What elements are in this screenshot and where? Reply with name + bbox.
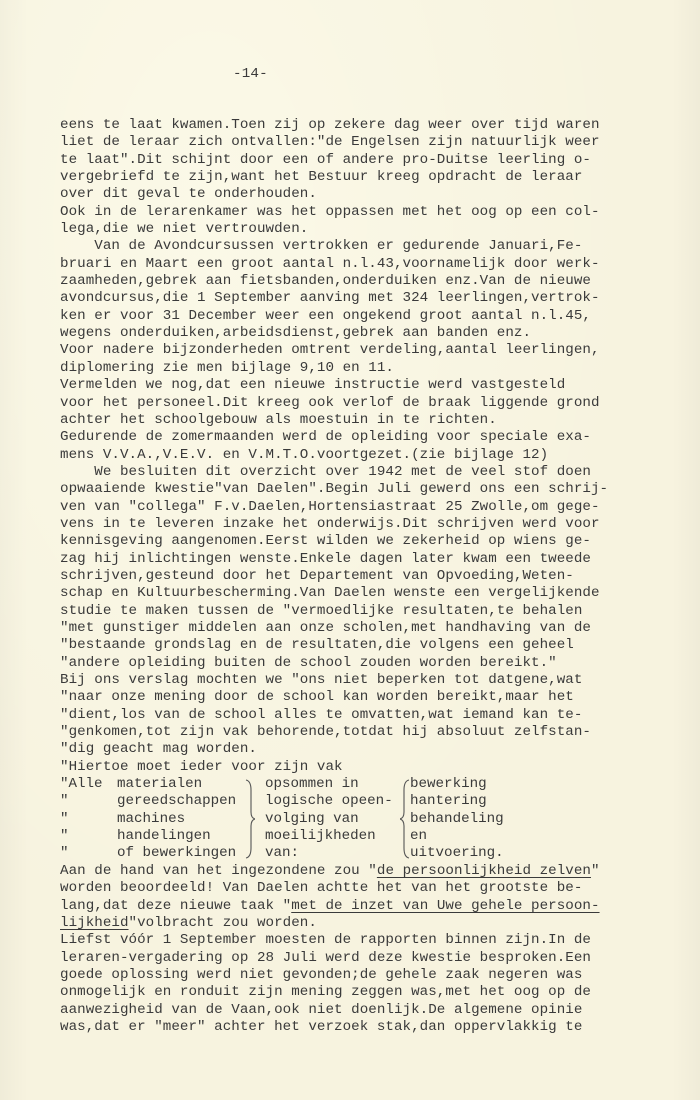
text-line: studie te maken tussen de "vermoedlijke … xyxy=(60,603,680,620)
text-line: wegens onderduiken,arbeidsdienst,gebrek … xyxy=(60,325,680,342)
list-item-action: moeilijkheden xyxy=(265,828,376,845)
text-line: worden beoordeeld! Van Daelen achtte het… xyxy=(60,880,680,897)
text-line: Gedurende de zomermaanden werd de opleid… xyxy=(60,429,680,446)
text-line: leraren-vergadering op 28 Juli werd deze… xyxy=(60,950,680,967)
list-item-action: opsommen in xyxy=(265,776,359,793)
list-quote-mark: "Alle xyxy=(60,776,103,793)
right-brace-icon xyxy=(245,778,255,860)
text-line: ven van "collega" F.v.Daelen,Hortensiast… xyxy=(60,499,680,516)
text-line: kennisgeving aangenomen.Eerst wilden we … xyxy=(60,533,680,550)
page-number: -14- xyxy=(233,66,268,82)
list-item-result: behandeling xyxy=(410,811,504,828)
text-line: Voor nadere bijzonderheden omtrent verde… xyxy=(60,342,680,359)
text-line: "dig geacht mag worden. xyxy=(60,741,680,758)
list-item-object: machines xyxy=(117,811,185,828)
list-quote-mark: " xyxy=(60,828,69,845)
underlined-phrase: met de inzet van Uwe gehele persoon- xyxy=(291,898,599,914)
text-line: vens in te leveren inzake het onderwijs.… xyxy=(60,516,680,533)
text-line: Vermelden we nog,dat een nieuwe instruct… xyxy=(60,377,680,394)
text-line: Liefst vóór 1 September moesten de rappo… xyxy=(60,932,680,949)
underlined-phrase: lijkheid xyxy=(60,915,129,931)
text-line: achter het schoolgebouw als moestuin in … xyxy=(60,412,680,429)
text-line: te laat".Dit schijnt door een of andere … xyxy=(60,152,680,169)
text-line: "genkomen,tot zijn vak behorende,totdat … xyxy=(60,724,680,741)
text-line: lang,dat deze nieuwe taak "met de inzet … xyxy=(60,898,680,915)
text-line: liet de leraar zich ontvallen:"de Engels… xyxy=(60,134,680,151)
text-line: Bij ons verslag mochten we "ons niet bep… xyxy=(60,672,680,689)
text-line: over dit geval te onderhouden. xyxy=(60,186,680,203)
text-line: diplomering zie men bijlage 9,10 en 11. xyxy=(60,360,680,377)
list-item-object: handelingen xyxy=(117,828,211,845)
list-item-result: uitvoering. xyxy=(410,845,504,862)
text-line: Aan de hand van het ingezondene zou "de … xyxy=(60,863,680,880)
paragraph-start-line: Van de Avondcursussen vertrokken er gedu… xyxy=(60,238,680,255)
text-line: schrijven,gesteund door het Departement … xyxy=(60,568,680,585)
text-line: opwaaiende kwestie"van Daelen".Begin Jul… xyxy=(60,481,680,498)
underlined-phrase: de persoonlijkheid zelven xyxy=(377,863,591,879)
text-line: ken er voor 31 December weer een ongeken… xyxy=(60,308,680,325)
list-quote-mark: " xyxy=(60,793,69,810)
list-item-object: gereedschappen xyxy=(117,793,236,810)
text-line: goede oplossing werd niet gevonden;de ge… xyxy=(60,967,680,984)
text-line: onmogelijk en ronduit zijn mening zeggen… xyxy=(60,984,680,1001)
text-line: "bestaande grondslag en de resultaten,di… xyxy=(60,637,680,654)
text-line: Ook in de lerarenkamer was het oppassen … xyxy=(60,204,680,221)
text-line: aanwezigheid van de Vaan,ook niet doenli… xyxy=(60,1002,680,1019)
bracketed-list: "Alle " " " " materialen gereedschappen … xyxy=(60,776,680,863)
list-item-action: van: xyxy=(265,845,299,862)
list-item-result: hantering xyxy=(410,793,487,810)
typewritten-page: -14- eens te laat kwamen.Toen zij op zek… xyxy=(0,0,700,1100)
text-line: zaamheden,gebrek aan fietsbanden,onderdu… xyxy=(60,273,680,290)
list-item-result: en xyxy=(410,828,427,845)
list-item-object: materialen xyxy=(117,776,202,793)
text-line: eens te laat kwamen.Toen zij op zekere d… xyxy=(60,117,680,134)
list-item-action: logische opeen- xyxy=(265,793,393,810)
text-line: "met gunstiger middelen aan onze scholen… xyxy=(60,620,680,637)
text-line: was,dat er "meer" achter het verzoek sta… xyxy=(60,1019,680,1036)
text-line: mens V.V.A.,V.E.V. en V.M.T.O.voortgezet… xyxy=(60,447,680,464)
text-line: voor het personeel.Dit kreeg ook verlof … xyxy=(60,395,680,412)
body-text: eens te laat kwamen.Toen zij op zekere d… xyxy=(60,117,680,1036)
list-item-result: bewerking xyxy=(410,776,487,793)
list-quote-mark: " xyxy=(60,811,69,828)
list-item-action: volging van xyxy=(265,811,359,828)
text-line: schap en Kultuurbescherming.Van Daelen w… xyxy=(60,585,680,602)
text-line: vergebriefd te zijn,want het Bestuur kre… xyxy=(60,169,680,186)
left-brace-icon xyxy=(400,778,410,860)
paragraph-start-line: We besluiten dit overzicht over 1942 met… xyxy=(60,464,680,481)
text-line: "naar onze mening door de school kan wor… xyxy=(60,689,680,706)
text-line: "andere opleiding buiten de school zoude… xyxy=(60,655,680,672)
text-line: bruari en Maart een groot aantal n.l.43,… xyxy=(60,256,680,273)
text-line: zag hij inlichtingen wenste.Enkele dagen… xyxy=(60,551,680,568)
list-item-object: of bewerkingen xyxy=(117,845,236,862)
text-line: "Hiertoe moet ieder voor zijn vak xyxy=(60,759,680,776)
text-line: avondcursus,die 1 September aanving met … xyxy=(60,290,680,307)
list-quote-mark: " xyxy=(60,845,69,862)
text-line: "dient,los van de school alles te omvatt… xyxy=(60,707,680,724)
text-line: lega,die we niet vertrouwden. xyxy=(60,221,680,238)
text-line: lijkheid"volbracht zou worden. xyxy=(60,915,680,932)
